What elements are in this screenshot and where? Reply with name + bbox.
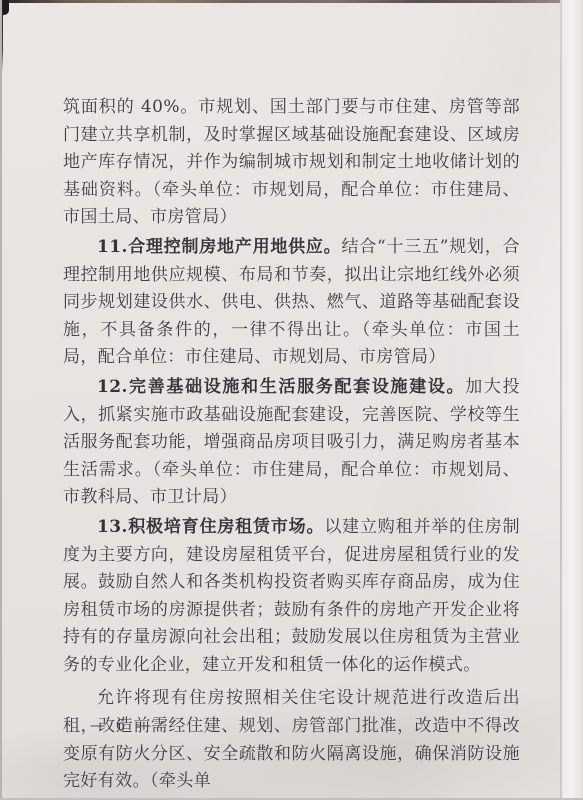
clause-heading: 13.积极培育住房租赁市场。 [97,517,324,537]
paragraph-13: 13.积极培育住房租赁市场。以建立购租并举的住房制度为主要方向，建设房屋租赁平台… [63,514,520,680]
paragraph-12: 12.完善基础设施和生活服务配套设施建设。加大投入，抓紧实施市政基础设施配套建设… [63,374,520,512]
text-block: 筑面积的 40%。市规划、国土部门要与市住建、房管等部门建立共享机制，及时掌握区… [63,94,520,796]
scanned-document-page: 筑面积的 40%。市规划、国土部门要与市住建、房管等部门建立共享机制，及时掌握区… [0,0,583,800]
clause-heading: 11.合理控制房地产用地供应。 [97,237,341,257]
right-page-edge [562,0,583,800]
clause-heading: 12.完善基础设施和生活服务配套设施建设。 [97,377,465,397]
left-scan-edge [0,0,2,800]
paragraph-10-continuation: 筑面积的 40%。市规划、国土部门要与市住建、房管等部门建立共享机制，及时掌握区… [63,94,520,232]
paragraph-11: 11.合理控制房地产用地供应。结合“十三五”规划，合理控制用地供应规模、布局和节… [63,234,520,372]
page-top-edge-shadow [0,0,583,3]
text-run: 以建立购租并举的住房制度为主要方向，建设房屋租赁平台，促进房屋租赁行业的发展。鼓… [63,517,520,675]
page-number: — 6 — [90,716,154,734]
text-run: 允许将现有住房按照相关住宅设计规范进行改造后出租，改造前需经住建、规划、房管部门… [63,688,520,791]
text-run: 筑面积的 40%。市规划、国土部门要与市住建、房管等部门建立共享机制，及时掌握区… [63,97,520,227]
paragraph-14: 允许将现有住房按照相关住宅设计规范进行改造后出租，改造前需经住建、规划、房管部门… [63,685,520,795]
